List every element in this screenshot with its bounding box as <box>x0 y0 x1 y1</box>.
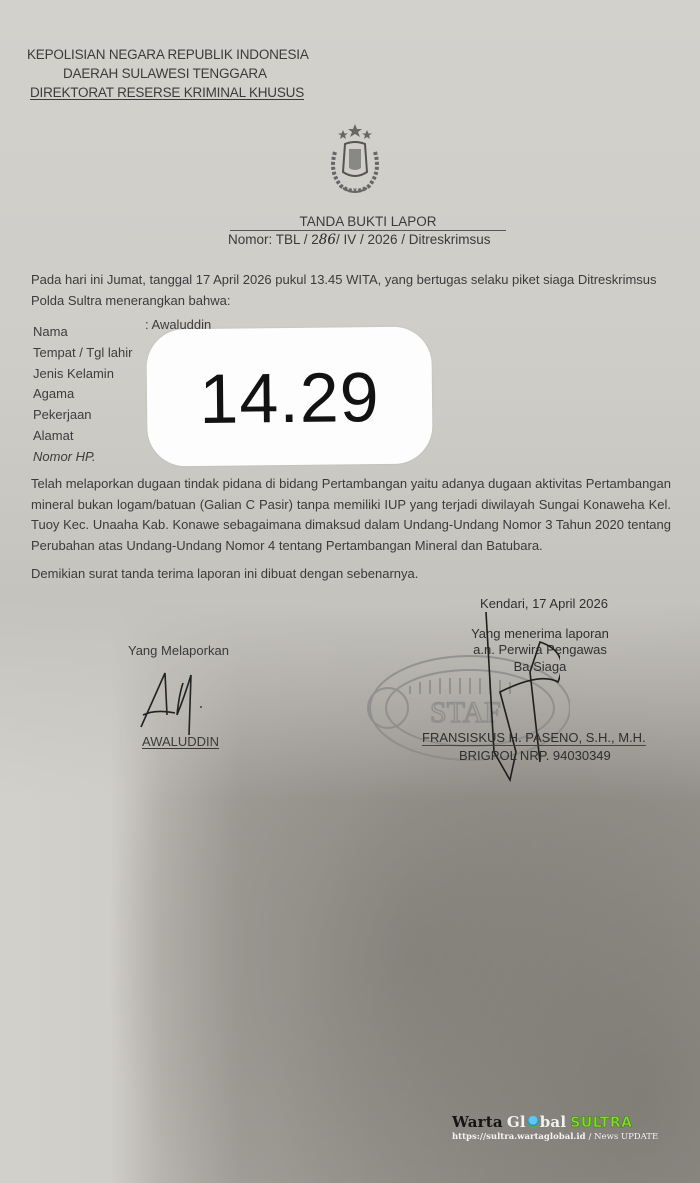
document-number: Nomor: TBL / 286/ IV / 2026 / Ditreskrim… <box>228 232 488 248</box>
report-body-paragraph: Telah melaporkan dugaan tindak pidana di… <box>31 474 671 556</box>
time-overlay-badge: 14.29 <box>146 327 432 467</box>
letterhead-line-3: DIREKTORAT RESERSE KRIMINAL KHUSUS <box>30 85 304 100</box>
field-label: Pekerjaan <box>33 405 145 426</box>
field-label: Agama <box>33 384 145 405</box>
field-label: Alamat <box>33 426 145 447</box>
field-label: Nomor HP. <box>33 447 145 468</box>
place-date: Kendari, 17 April 2026 <box>438 596 650 613</box>
watermark-sultra: SULTRA <box>570 1115 632 1131</box>
intro-paragraph: Pada hari ini Jumat, tanggal 17 April 20… <box>31 270 671 311</box>
watermark-global-a: Gl <box>507 1113 526 1131</box>
watermark-url: https://sultra.wartaglobal.id <box>452 1132 586 1142</box>
police-emblem-icon <box>315 122 395 202</box>
news-watermark: WartaGlbalSULTRA https://sultra.wartaglo… <box>452 1113 658 1142</box>
field-label: Jenis Kelamin <box>33 364 145 385</box>
watermark-tagline: / News UPDATE <box>589 1132 659 1142</box>
watermark-url-line: https://sultra.wartaglobal.id / News UPD… <box>452 1132 658 1142</box>
watermark-brand: WartaGlbalSULTRA <box>452 1113 658 1131</box>
watermark-global: Glbal <box>507 1113 566 1131</box>
field-label: Tempat / Tgl lahir <box>33 343 145 364</box>
document-number-handwritten: 86 <box>319 232 336 248</box>
officer-name: FRANSISKUS H. PASENO, S.H., M.H. <box>422 730 646 746</box>
time-overlay-text: 14.29 <box>199 357 380 439</box>
letterhead-line-2: DAERAH SULAWESI TENGGARA <box>63 66 267 81</box>
globe-icon <box>527 1116 539 1128</box>
field-label: Nama <box>33 322 145 343</box>
document-number-suffix: / IV / 2026 / Ditreskrimsus <box>336 232 491 247</box>
watermark-warta: Warta <box>452 1113 503 1131</box>
reporter-signature-icon <box>135 655 215 745</box>
document-number-prefix: Nomor: TBL / 2 <box>228 232 319 247</box>
reporter-name: AWALUDDIN <box>142 734 219 749</box>
closing-paragraph: Demikian surat tanda terima laporan ini … <box>31 564 671 585</box>
document-title: TANDA BUKTI LAPOR <box>230 214 506 231</box>
document-title-block: TANDA BUKTI LAPOR Nomor: TBL / 286/ IV /… <box>228 214 488 248</box>
letterhead-line-1: KEPOLISIAN NEGARA REPUBLIK INDONESIA <box>27 47 309 62</box>
watermark-global-b: bal <box>540 1113 567 1131</box>
officer-rank-nrp: BRIGPOL NRP. 94030349 <box>459 748 611 763</box>
